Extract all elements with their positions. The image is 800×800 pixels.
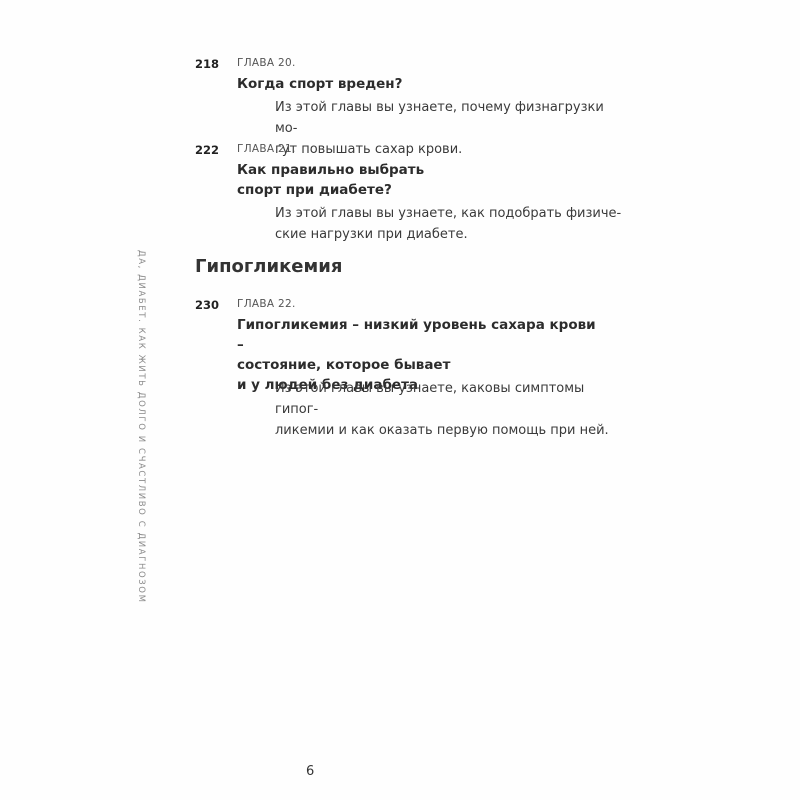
toc-chapter-title: Когда спорт вреден? xyxy=(237,74,597,94)
toc-chapter-title: Как правильно выбрать спорт при диабете? xyxy=(237,160,597,200)
toc-chapter-description: Из этой главы вы узнаете, каковы симптом… xyxy=(275,378,625,441)
toc-chapter-description: Из этой главы вы узнаете, как подобрать … xyxy=(275,203,625,245)
section-heading: Гипогликемия xyxy=(195,256,342,277)
spine-running-title: ДА, ДИАБЕТ. КАК ЖИТЬ ДОЛГО И СЧАСТЛИВО С… xyxy=(136,250,146,550)
toc-chapter-label: ГЛАВА 22. xyxy=(237,298,296,310)
book-page: ДА, ДИАБЕТ. КАК ЖИТЬ ДОЛГО И СЧАСТЛИВО С… xyxy=(0,0,800,800)
toc-page-number: 218 xyxy=(195,57,219,71)
toc-page-number: 222 xyxy=(195,143,219,157)
toc-chapter-description: Из этой главы вы узнаете, почему физнагр… xyxy=(275,97,625,160)
toc-chapter-label: ГЛАВА 21. xyxy=(237,143,296,155)
toc-chapter-label: ГЛАВА 20. xyxy=(237,57,296,69)
page-number: 6 xyxy=(306,764,314,779)
toc-page-number: 230 xyxy=(195,298,219,312)
